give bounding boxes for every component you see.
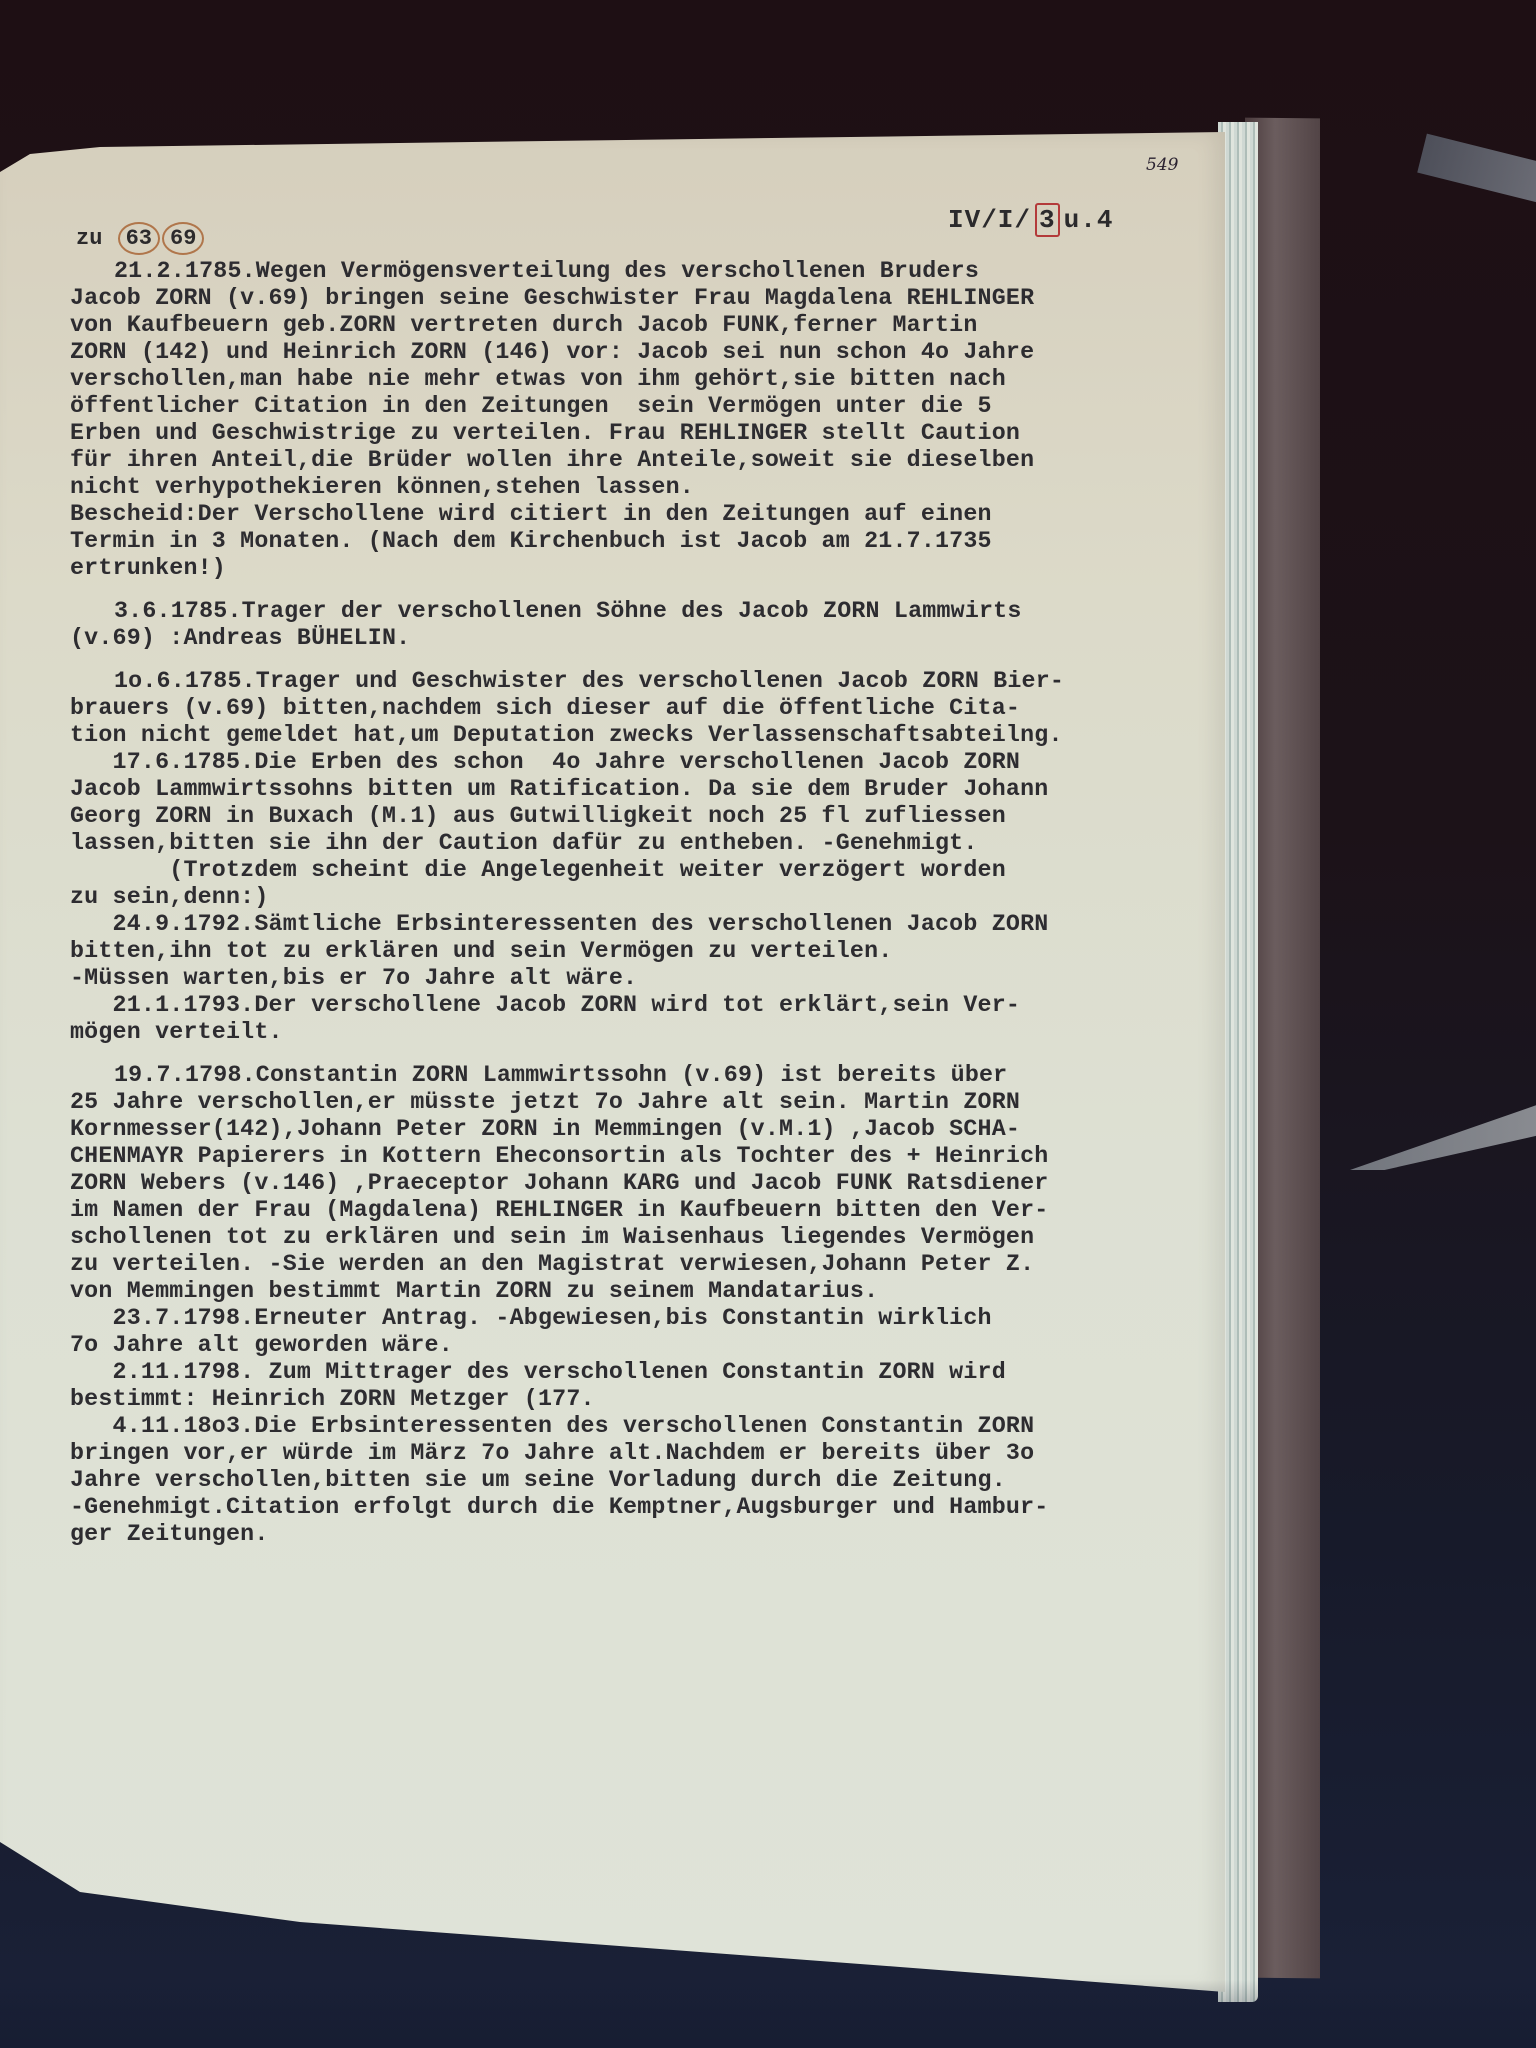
text-line: mögen verteilt. xyxy=(70,1019,1210,1046)
text-line: Jacob ZORN (v.69) bringen seine Geschwis… xyxy=(70,285,1210,312)
text-line: Jahre verschollen,bitten sie um seine Vo… xyxy=(70,1467,1210,1494)
text-line: 21.2.1785.Wegen Vermögensverteilung des … xyxy=(70,258,1210,285)
text-line: Bescheid:Der Verschollene wird citiert i… xyxy=(70,501,1210,528)
text-line: öffentlicher Citation in den Zeitungen s… xyxy=(70,393,1210,420)
document-entry: 19.7.1798.Constantin ZORN Lammwirtssohn … xyxy=(70,1062,1210,1548)
cross-reference: zu 6369 xyxy=(76,222,204,255)
document-entry: 21.2.1785.Wegen Vermögensverteilung des … xyxy=(70,258,1210,582)
text-line: ertrunken!) xyxy=(70,555,1210,582)
text-line: zu verteilen. -Sie werden an den Magistr… xyxy=(70,1251,1210,1278)
text-line: tion nicht gemeldet hat,um Deputation zw… xyxy=(70,722,1210,749)
text-line: im Namen der Frau (Magdalena) REHLINGER … xyxy=(70,1197,1210,1224)
text-line: ZORN (142) und Heinrich ZORN (146) vor: … xyxy=(70,339,1210,366)
text-line: 21.1.1793.Der verschollene Jacob ZORN wi… xyxy=(70,992,1210,1019)
text-line: lassen,bitten sie ihn der Caution dafür … xyxy=(70,830,1210,857)
text-line: ger Zeitungen. xyxy=(70,1521,1210,1548)
text-line: 19.7.1798.Constantin ZORN Lammwirtssohn … xyxy=(70,1062,1210,1089)
text-line: brauers (v.69) bitten,nachdem sich diese… xyxy=(70,695,1210,722)
text-line: 3.6.1785.Trager der verschollenen Söhne … xyxy=(70,598,1210,625)
text-line: Georg ZORN in Buxach (M.1) aus Gutwillig… xyxy=(70,803,1210,830)
reference-circled-number: 63 xyxy=(118,222,160,255)
text-line: ZORN Webers (v.146) ,Praeceptor Johann K… xyxy=(70,1170,1210,1197)
text-line: (v.69) :Andreas BÜHELIN. xyxy=(70,625,1210,652)
text-line: 7o Jahre alt geworden wäre. xyxy=(70,1332,1210,1359)
text-line: schollenen tot zu erklären und sein im W… xyxy=(70,1224,1210,1251)
text-line: Erben und Geschwistrige zu verteilen. Fr… xyxy=(70,420,1210,447)
text-line: verschollen,man habe nie mehr etwas von … xyxy=(70,366,1210,393)
text-line: Termin in 3 Monaten. (Nach dem Kirchenbu… xyxy=(70,528,1210,555)
text-line: -Genehmigt.Citation erfolgt durch die Ke… xyxy=(70,1494,1210,1521)
document-body: 21.2.1785.Wegen Vermögensverteilung des … xyxy=(70,258,1210,1548)
signature-prefix: IV/I/ xyxy=(948,205,1031,235)
text-line: 23.7.1798.Erneuter Antrag. -Abgewiesen,b… xyxy=(70,1305,1210,1332)
table-surface xyxy=(0,1980,1536,2048)
background-object xyxy=(1350,1090,1536,1170)
text-line: von Kaufbeuern geb.ZORN vertreten durch … xyxy=(70,312,1210,339)
text-line: (Trotzdem scheint die Angelegenheit weit… xyxy=(70,857,1210,884)
text-line: Kornmesser(142),Johann Peter ZORN in Mem… xyxy=(70,1116,1210,1143)
text-line: bestimmt: Heinrich ZORN Metzger (177. xyxy=(70,1386,1210,1413)
text-line: 1o.6.1785.Trager und Geschwister des ver… xyxy=(70,668,1210,695)
document-entry: 3.6.1785.Trager der verschollenen Söhne … xyxy=(70,598,1210,652)
background-object xyxy=(1417,134,1536,207)
text-line: -Müssen warten,bis er 7o Jahre alt wäre. xyxy=(70,965,1210,992)
archive-signature: IV/I/3u.4 xyxy=(948,205,1113,235)
text-line: 24.9.1792.Sämtliche Erbsinteressenten de… xyxy=(70,911,1210,938)
text-line: 17.6.1785.Die Erben des schon 4o Jahre v… xyxy=(70,749,1210,776)
text-line: bringen vor,er würde im März 7o Jahre al… xyxy=(70,1440,1210,1467)
page-number: 549 xyxy=(1146,155,1178,175)
text-line: CHENMAYR Papierers in Kottern Eheconsort… xyxy=(70,1143,1210,1170)
text-line: 4.11.18o3.Die Erbsinteressenten des vers… xyxy=(70,1413,1210,1440)
text-line: nicht verhypothekieren können,stehen las… xyxy=(70,474,1210,501)
signature-boxed-number: 3 xyxy=(1035,203,1060,237)
text-line: von Memmingen bestimmt Martin ZORN zu se… xyxy=(70,1278,1210,1305)
text-line: zu sein,denn:) xyxy=(70,884,1210,911)
text-line: 25 Jahre verschollen,er müsste jetzt 7o … xyxy=(70,1089,1210,1116)
text-line: für ihren Anteil,die Brüder wollen ihre … xyxy=(70,447,1210,474)
reference-circled-number: 69 xyxy=(162,222,204,255)
text-line: 2.11.1798. Zum Mittrager des verschollen… xyxy=(70,1359,1210,1386)
text-line: bitten,ihn tot zu erklären und sein Verm… xyxy=(70,938,1210,965)
text-line: Jacob Lammwirtssohns bitten um Ratificat… xyxy=(70,776,1210,803)
signature-suffix: u.4 xyxy=(1064,205,1114,235)
reference-prefix: zu xyxy=(76,226,102,251)
document-entry: 1o.6.1785.Trager und Geschwister des ver… xyxy=(70,668,1210,1046)
